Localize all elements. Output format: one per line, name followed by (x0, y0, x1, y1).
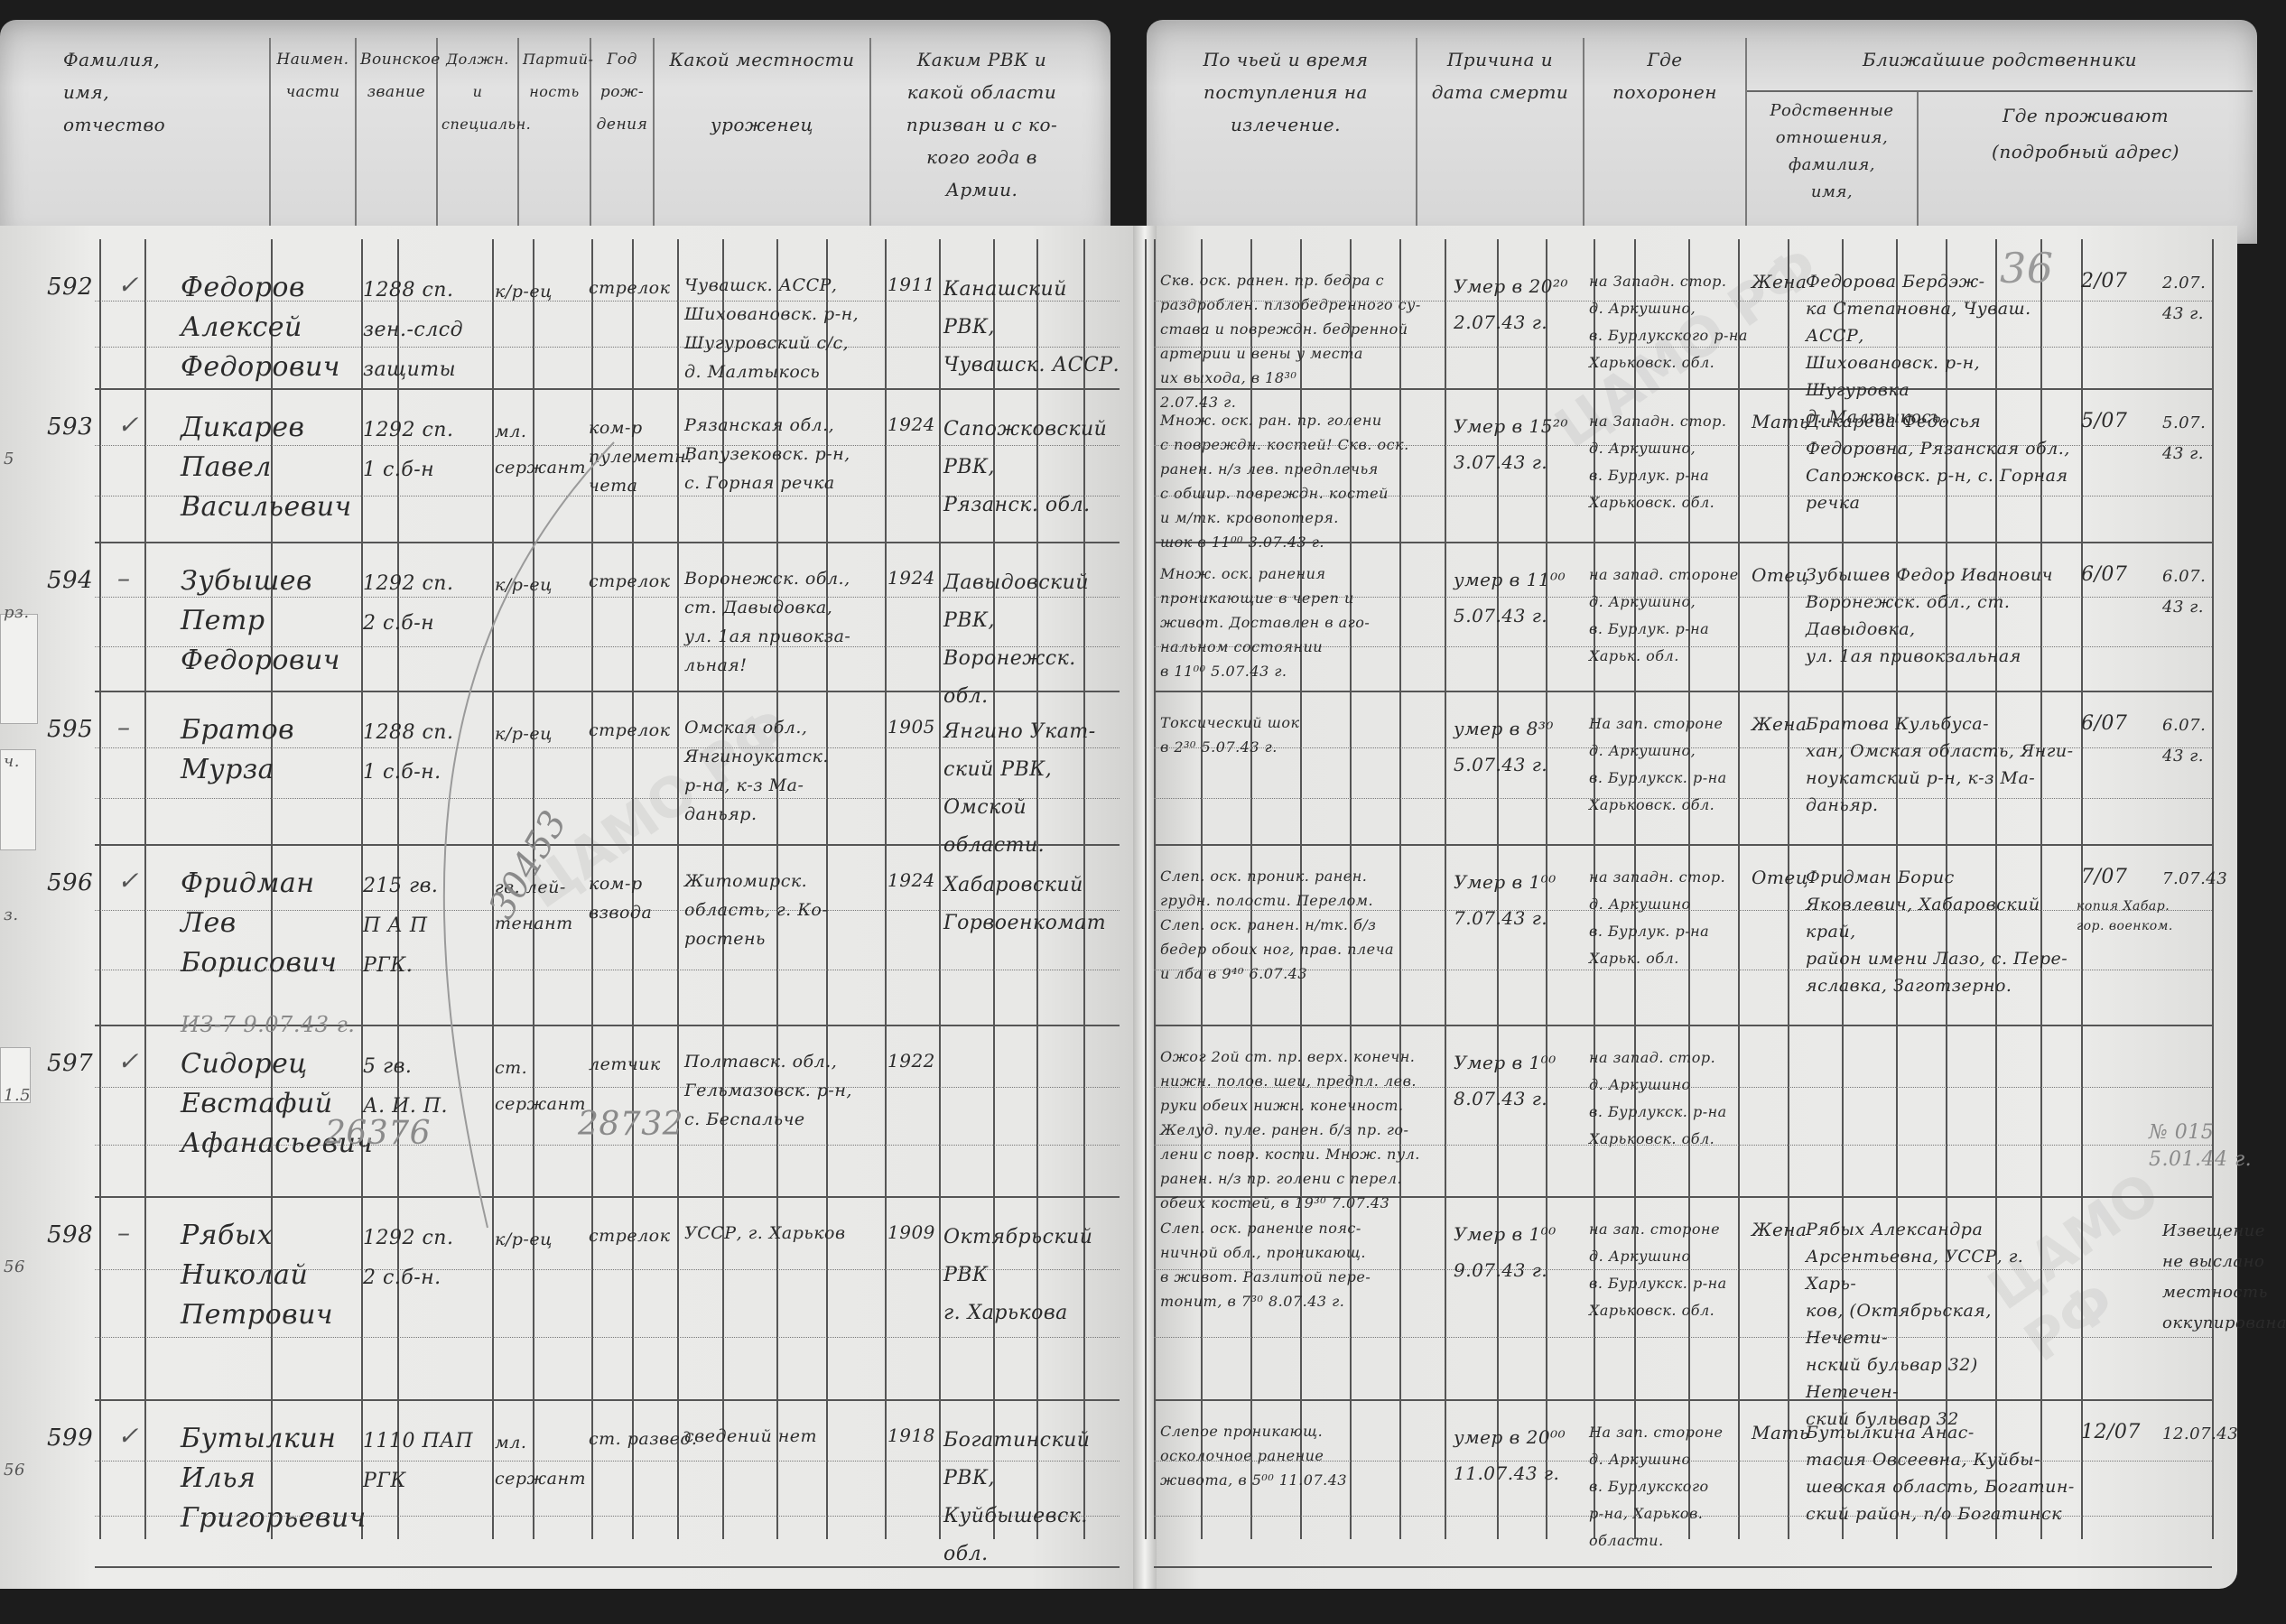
margin-note: 1.5 (4, 1086, 31, 1105)
row-separator (95, 1399, 1120, 1401)
cell-full-name: Зубышев Петр Федорович (181, 561, 340, 681)
cell-draft-office: Хабаровский Горвоенкомат (943, 867, 1124, 942)
cell-notice-sent: 5.07. 43 г. (2162, 408, 2271, 469)
cell-relative-address: Бутылкина Анас- тасия Овсеевна, Куйбы- ш… (1806, 1419, 2077, 1527)
pencil-arc (343, 433, 722, 1246)
cell-notice-sent: 12.07.43 (2162, 1419, 2271, 1450)
header-col-admission: По чьей и время поступления на излечение… (1156, 38, 1417, 237)
margin-note: ч. (4, 752, 20, 771)
cell-birth-year: 1924 (887, 564, 935, 591)
cell-relative-relation: Жена (1752, 268, 1807, 295)
grid-column-line (1154, 239, 1156, 1539)
grid-column-line (939, 239, 941, 1539)
record-number: 597 (47, 1050, 93, 1077)
cell-burial-place: на западн. стор. д. Аркушино в. Бурлук. … (1589, 864, 1725, 972)
cell-notice-sent: 6.07. 43 г. (2162, 710, 2271, 772)
header-col-relatives: Ближайшие родственники (1747, 38, 2253, 92)
cell-birth-year: 1911 (887, 271, 935, 298)
cell-relative-relation: Отец (1752, 561, 1808, 589)
cell-death-date: умер в 11⁰⁰ 5.07.43 г. (1454, 561, 1566, 634)
cell-birth-year: 1905 (887, 713, 935, 740)
cell-notice-date: 5/07 (2081, 408, 2127, 435)
header-page-left: Фамилия, имя, отчество Наимен. части Вои… (0, 20, 1110, 244)
cell-burial-place: на Западн. стор. д. Аркушино, в. Бурлук.… (1589, 408, 1726, 516)
cell-relative-relation: Жена (1752, 710, 1807, 738)
checkmark-icon: – (117, 712, 131, 742)
cell-notice-sent: Извещение не выслано местность оккупиров… (2162, 1216, 2271, 1339)
cell-burial-place: на запад. стор. д. Аркушино в. Бурлукск.… (1589, 1044, 1727, 1153)
cell-notice-date: 2/07 (2081, 268, 2127, 295)
header-col-birthplace: Какой местности уроженец (655, 38, 871, 237)
cell-burial-place: на запад. стороне д. Аркушино, в. Бурлук… (1589, 561, 1739, 670)
pencil-note: ИЗ-7 9.07.43 г. (181, 1012, 355, 1037)
margin-note: з. (4, 905, 19, 924)
header-col-fio: Фамилия, имя, отчество (27, 38, 271, 237)
cell-notice-sent: 6.07. 43 г. (2162, 561, 2271, 623)
cell-birth-year: 1909 (887, 1219, 935, 1246)
cell-death-date: Умер в 15²⁰ 3.07.43 г. (1454, 408, 1568, 480)
cell-birthplace: Чувашск. АССР, Шиховановск. р-н, Шугуров… (684, 271, 883, 386)
cell-relative-address: Фридман Борис Яковлевич, Хабаровский кра… (1806, 864, 2077, 999)
cell-admission-details: Токсический шок в 2³⁰ 5.07.43 г. (1160, 710, 1449, 759)
cell-death-date: умер в 8³⁰ 5.07.43 г. (1454, 710, 1554, 783)
cell-notice-date: 6/07 (2081, 710, 2127, 738)
grid-column-line (99, 239, 101, 1539)
archive-note: № 015 5.01.44 г. (2149, 1119, 2286, 1174)
cell-draft-office: Янгино Укат- ский РВК, Омской области. (943, 713, 1124, 865)
cell-death-date: Умер в 1⁰⁰ 9.07.43 г. (1454, 1216, 1557, 1288)
margin-note: рз. (4, 603, 30, 622)
row-separator (1154, 1566, 2212, 1568)
checkmark-icon: – (117, 1218, 131, 1248)
cell-unit: 1288 сп. зен.-слсд защиты (363, 271, 463, 390)
cell-position: стрелок (589, 274, 670, 302)
cell-notice-sent: 2.07. 43 г. (2162, 268, 2271, 329)
cell-notice-copy: копия Хабар. гор. военком. (2077, 896, 2212, 936)
cell-death-date: Умер в 20²⁰ 2.07.43 г. (1454, 268, 1568, 340)
record-number: 592 (47, 274, 93, 301)
checkmark-icon: ✓ (117, 410, 139, 440)
record-number: 593 (47, 413, 93, 441)
cell-burial-place: на Западн. стор. д. Аркушино, в. Бурлукс… (1589, 268, 1748, 376)
cell-draft-office: Октябрьский РВК г. Харькова (943, 1219, 1124, 1332)
checkmark-icon: – (117, 563, 131, 593)
cell-notice-sent: 7.07.43 (2162, 864, 2271, 895)
cell-rank: к/р-ец (495, 274, 553, 310)
grid-column-line (1145, 239, 1147, 1539)
row-separator (95, 388, 1120, 390)
cell-rank: мл. сержант (495, 1424, 586, 1497)
record-number: 598 (47, 1221, 93, 1248)
margin-note: 56 (4, 1257, 25, 1276)
header-col-burial: Где похоронен (1584, 38, 1747, 237)
header-sub-relation: Родственные отношения, фамилия, имя, (1747, 92, 1919, 237)
grid-column-line (1738, 239, 1740, 1539)
margin-note: 5 (4, 450, 14, 469)
header-col-draft: Каким РВК и какой области призван и с ко… (871, 38, 1092, 237)
cell-position: ст. развед. (589, 1424, 697, 1453)
cell-birth-year: 1924 (887, 411, 935, 438)
page-stamp: 36 (2000, 244, 2054, 292)
cell-draft-office: Богатинский РВК, Куйбышевск. обл. (943, 1422, 1124, 1573)
cell-burial-place: На зап. стороне д. Аркушино в. Бурлукско… (1589, 1419, 1723, 1554)
header-col-position: Должн. и специальн. (438, 38, 519, 237)
cell-notice-date: 7/07 (2081, 864, 2127, 891)
cell-full-name: Бутылкин Илья Григорьевич (181, 1419, 367, 1538)
margin-note: 56 (4, 1461, 25, 1480)
cell-relative-address: Рябых Александра Арсентьевна, УССР, г. Х… (1806, 1216, 2077, 1433)
cell-relative-address: Братова Кульбуса- хан, Омская область, Я… (1806, 710, 2077, 819)
cell-relative-relation: Мать (1752, 408, 1809, 435)
row-separator (1154, 1025, 2212, 1026)
cell-relative-address: Федорова Бердэж- ка Степановна, Чуваш. А… (1806, 268, 2077, 431)
cell-admission-details: Слеп. оск. проник. ранен. грудн. полости… (1160, 864, 1449, 986)
cell-relative-address: Зубышев Федор Иванович Воронежск. обл., … (1806, 561, 2077, 670)
cell-relative-relation: Жена (1752, 1216, 1807, 1243)
checkmark-icon: ✓ (117, 866, 139, 896)
cell-full-name: Фридман Лев Борисович (181, 864, 337, 983)
cell-birth-year: 1922 (887, 1047, 935, 1074)
cell-admission-details: Слеп. оск. ранение пояс- ничной обл., пр… (1160, 1216, 1449, 1313)
header-col-death: Причина и дата смерти (1417, 38, 1584, 237)
cell-birth-year: 1924 (887, 867, 935, 894)
row-separator (1154, 691, 2212, 692)
grid-column-line (885, 239, 887, 1539)
margin-tab (0, 614, 38, 724)
header-col-unit: Наимен. части (271, 38, 357, 237)
checkmark-icon: ✓ (117, 1046, 139, 1076)
record-number: 595 (47, 716, 93, 743)
cell-full-name: Братов Мурза (181, 710, 294, 790)
record-number: 599 (47, 1424, 93, 1452)
record-number: 594 (47, 567, 93, 594)
cell-death-date: Умер в 1⁰⁰ 7.07.43 г. (1454, 864, 1557, 936)
cell-full-name: Дикарев Павел Васильевич (181, 408, 352, 527)
grid-column-line (144, 239, 146, 1539)
cell-birthplace: сведений нет (684, 1422, 883, 1451)
cell-full-name: Федоров Алексей Федорович (181, 268, 340, 387)
header-col-birth-year: Год рож- дения (591, 38, 655, 237)
cell-admission-details: Множ. оск. ран. пр. голени с повреждн. к… (1160, 408, 1449, 554)
cell-notice-date: 6/07 (2081, 561, 2127, 589)
cell-birth-year: 1918 (887, 1422, 935, 1449)
cell-unit: 1110 ПАП РГК (363, 1422, 473, 1501)
cell-burial-place: на зап. стороне д. Аркушино в. Бурлукск.… (1589, 1216, 1727, 1324)
cell-draft-office: Сапожковский РВК, Рязанск. обл. (943, 411, 1124, 524)
cell-relative-relation: Мать (1752, 1419, 1809, 1446)
header-col-party: Партий- ность (519, 38, 591, 237)
cell-admission-details: Скв. оск. ранен. пр. бедра с раздроблен.… (1160, 268, 1449, 414)
cell-death-date: умер в 20⁰⁰ 11.07.43 г. (1454, 1419, 1566, 1491)
ruled-line (95, 1337, 1120, 1338)
cell-death-date: Умер в 1⁰⁰ 8.07.43 г. (1454, 1044, 1557, 1117)
cell-full-name: Рябых Николай Петрович (181, 1216, 333, 1335)
cell-draft-office: Давыдовский РВК, Воронежск. обл. (943, 564, 1124, 716)
cell-draft-office: Канашский РВК, Чувашск. АССР. (943, 271, 1124, 385)
header-page-right: По чьей и время поступления на излечение… (1147, 20, 2257, 244)
checkmark-icon: ✓ (117, 1421, 139, 1451)
cell-relative-address: Дикарева Федосья Федоровна, Рязанская об… (1806, 408, 2077, 516)
cell-admission-details: Множ. оск. ранения проникающие в череп и… (1160, 561, 1449, 683)
cell-admission-details: Ожог 2ой ст. пр. верх. конечн. нижн. пол… (1160, 1044, 1449, 1215)
cell-notice-date: 12/07 (2081, 1419, 2141, 1446)
cell-relative-relation: Отец (1752, 864, 1808, 891)
header-col-rank: Воинское звание (357, 38, 438, 237)
checkmark-icon: ✓ (117, 270, 139, 300)
row-separator (1154, 844, 2212, 846)
header-sub-address: Где проживают (подробный адрес) (1919, 92, 2253, 237)
record-number: 596 (47, 869, 93, 896)
cell-admission-details: Слепое проникающ. осколочное ранение жив… (1160, 1419, 1449, 1492)
cell-burial-place: На зап. стороне д. Аркушино, в. Бурлукск… (1589, 710, 1727, 819)
